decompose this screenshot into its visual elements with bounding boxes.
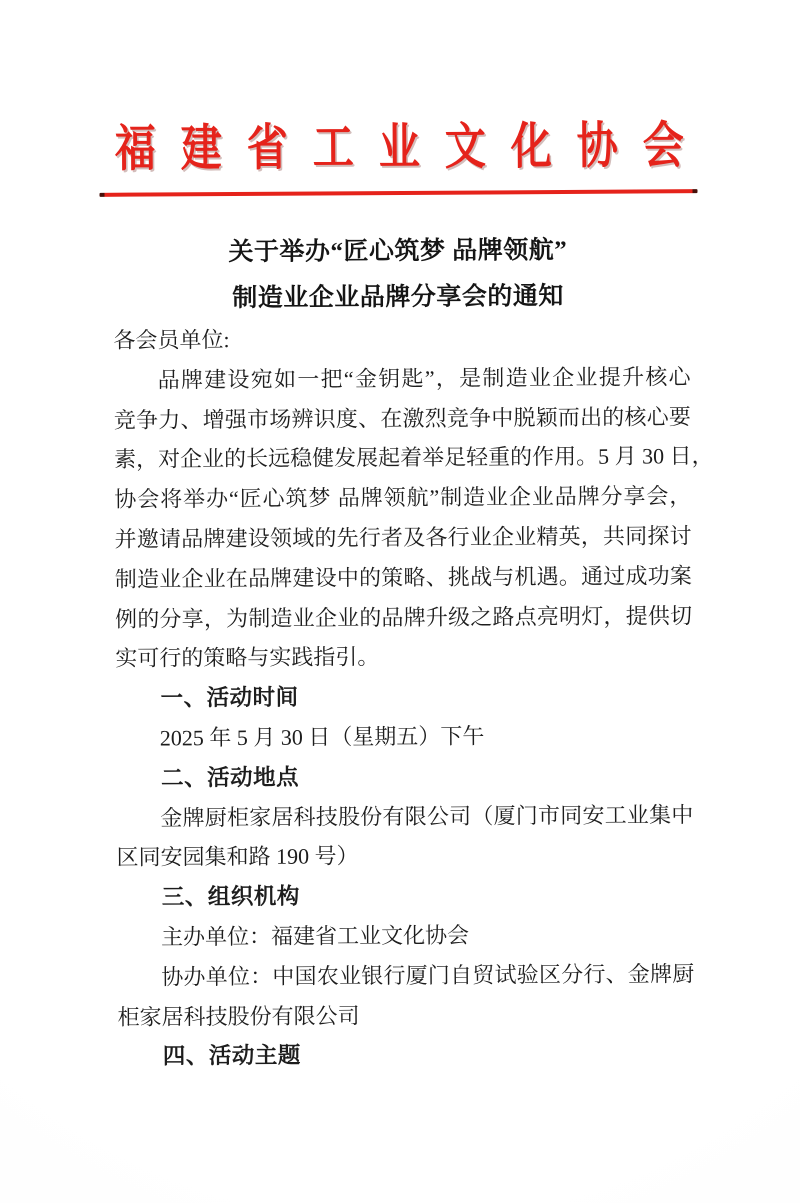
title-line-2: 制造业企业品牌分享会的通知 bbox=[0, 273, 798, 324]
section-heading: 四、活动主题 bbox=[118, 1034, 695, 1077]
letterhead-char: 省 bbox=[247, 122, 288, 174]
paragraph-line: 例的分享，为制造业企业的品牌升级之路点亮明灯，提供切 bbox=[115, 596, 692, 639]
section-line: 主办单位：福建省工业文化协会 bbox=[117, 914, 694, 957]
section-line: 2025 年 5 月 30 日（星期五）下午 bbox=[116, 715, 693, 758]
letterhead-char: 协 bbox=[577, 120, 618, 172]
section-line: 协办单位：中国农业银行厦门自贸试验区分行、金牌厨 bbox=[117, 954, 694, 997]
section-line: 区同安园集和路 190 号） bbox=[116, 835, 693, 878]
letterhead-char: 会 bbox=[643, 119, 684, 171]
paragraph-line: 制造业企业在品牌建设中的策略、挑战与机遇。通过成功案 bbox=[115, 556, 692, 599]
letterhead-char: 建 bbox=[181, 122, 222, 174]
section-heading: 二、活动地点 bbox=[116, 755, 693, 798]
letterhead-char: 文 bbox=[445, 120, 486, 172]
section-heading: 三、组织机构 bbox=[117, 874, 694, 917]
salutation-line: 各会员单位: bbox=[113, 317, 690, 360]
page-sheet: 福建省工业文化协会 关于举办“匠心筑梦 品牌领航” 制造业企业品牌分享会的通知 … bbox=[0, 0, 800, 1203]
title-line-1: 关于举办“匠心筑梦 品牌领航” bbox=[0, 227, 798, 278]
paragraph-line: 实可行的策略与实践指引。 bbox=[115, 636, 692, 679]
paragraph-line: 竞争力、增强市场辨识度、在激烈竞争中脱颖而出的核心要 bbox=[114, 397, 691, 440]
letterhead-divider bbox=[99, 189, 697, 197]
paragraph-line: 并邀请品牌建设领域的先行者及各行业企业精英，共同探讨 bbox=[114, 516, 691, 559]
section-line: 金牌厨柜家居科技股份有限公司（厦门市同安工业集中 bbox=[116, 795, 693, 838]
letterhead-char: 业 bbox=[379, 121, 420, 173]
letterhead-char: 化 bbox=[511, 120, 552, 172]
document-page: 福建省工业文化协会 关于举办“匠心筑梦 品牌领航” 制造业企业品牌分享会的通知 … bbox=[0, 0, 800, 1203]
section-heading: 一、活动时间 bbox=[115, 675, 692, 718]
paragraph-line: 素，对企业的长远稳健发展起着举足轻重的作用。5 月 30 日， bbox=[114, 437, 691, 480]
paragraph-line: 品牌建设宛如一把“金钥匙”，是制造业企业提升核心 bbox=[114, 357, 691, 400]
document-body: 各会员单位: 品牌建设宛如一把“金钥匙”，是制造业企业提升核心竞争力、增强市场辨… bbox=[113, 317, 695, 1077]
section-line: 柜家居科技股份有限公司 bbox=[117, 994, 694, 1037]
document-title: 关于举办“匠心筑梦 品牌领航” 制造业企业品牌分享会的通知 bbox=[0, 227, 798, 324]
letterhead-title: 福建省工业文化协会 bbox=[110, 119, 688, 175]
letterhead-char: 福 bbox=[115, 122, 156, 174]
paragraph-line: 协会将举办“匠心筑梦 品牌领航”制造业企业品牌分享会， bbox=[114, 476, 691, 519]
letterhead-char: 工 bbox=[313, 121, 354, 173]
